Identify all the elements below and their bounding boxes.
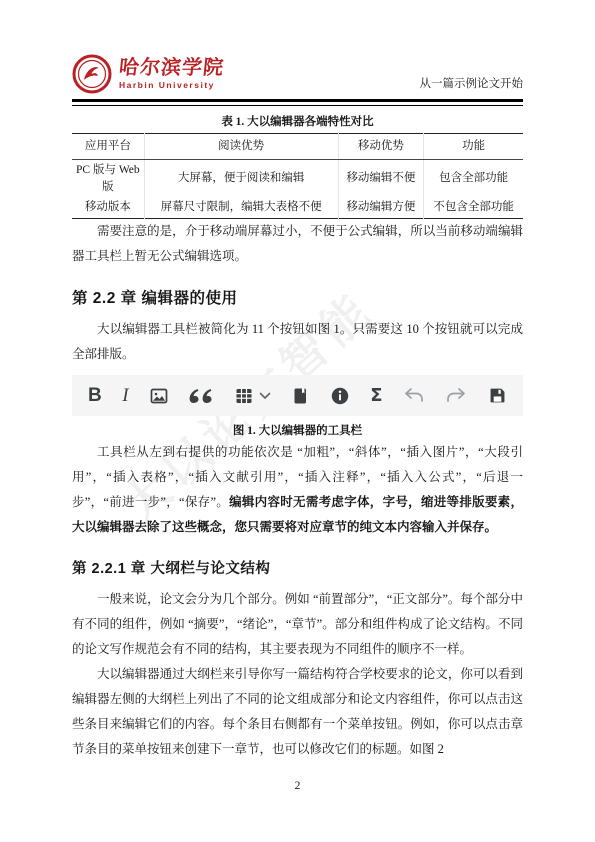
paragraph-sec22-intro: 大以编辑器工具栏被简化为 11 个按钮如图 1。只需要这 10 个按钮就可以完成… [72, 317, 523, 367]
undo-icon [403, 387, 425, 404]
table-cell: 移动编辑不便 [338, 160, 424, 198]
paragraph-toolbar-description: 工具栏从左到右提供的功能依次是 “加粗”，“斜体”，“插入图片”，“大段引用”，… [72, 440, 523, 540]
save-icon [488, 386, 507, 405]
figure1-caption: 图 1. 大以编辑器的工具栏 [72, 422, 523, 438]
page-header: 哈尔滨学院 Harbin University 从一篇示例论文开始 [72, 54, 523, 94]
bold-icon: B [88, 385, 102, 407]
italic-icon: I [122, 385, 128, 407]
section-2-2-1-heading: 第 2.2.1 章 大纲栏与论文结构 [72, 557, 523, 578]
paragraph-note: 需要注意的是，介于移动端屏幕过小，不便于公式编辑，所以当前移动端编辑器工具栏上暂… [72, 219, 523, 269]
insert-citation-icon [291, 386, 309, 406]
figure-editor-toolbar: B I [72, 375, 523, 416]
table-row: 移动版本 屏幕尺寸限制，编辑大表格不便 移动编辑方便 不包含全部功能 [72, 197, 523, 218]
table-cell: 移动版本 [72, 197, 144, 218]
table-cell: 移动编辑方便 [338, 197, 424, 218]
table-cell: 屏幕尺寸限制，编辑大表格不便 [144, 197, 338, 218]
insert-footnote-icon [330, 386, 350, 406]
insert-table-group [234, 386, 271, 406]
table-row: PC 版与 Web 版 大屏幕，便于阅读和编辑 移动编辑不便 包含全部功能 [72, 160, 523, 198]
university-seal-icon [72, 54, 112, 94]
col-header: 应用平台 [72, 134, 144, 160]
insert-image-icon [149, 386, 169, 406]
logo-text-en: Harbin University [119, 81, 224, 90]
document-page: 大以论文智能 哈尔滨学院 Harbin University 从一篇示例论文开始… [0, 0, 595, 842]
paragraph-structure-1: 一般来说，论文会分为几个部分。例如 “前置部分”，“正文部分”。每个部分中有不同… [72, 587, 523, 662]
table-cell: 不包含全部功能 [424, 197, 523, 218]
university-logo: 哈尔滨学院 Harbin University [72, 54, 224, 94]
blockquote-icon [189, 388, 213, 404]
insert-table-icon [234, 386, 254, 406]
col-header: 功能 [424, 134, 523, 160]
comparison-table: 应用平台 阅读优势 移动优势 功能 PC 版与 Web 版 大屏幕，便于阅读和编… [72, 133, 523, 219]
table-caption: 表 1. 大以编辑器各端特性对比 [72, 113, 523, 129]
col-header: 阅读优势 [144, 134, 338, 160]
table-header-row: 应用平台 阅读优势 移动优势 功能 [72, 134, 523, 160]
table-cell: 大屏幕，便于阅读和编辑 [144, 160, 338, 198]
redo-icon [445, 387, 467, 404]
running-head: 从一篇示例论文开始 [420, 75, 524, 94]
section-2-2-heading: 第 2.2 章 编辑器的使用 [72, 286, 523, 308]
logo-text-cn: 哈尔滨学院 [118, 58, 225, 78]
col-header: 移动优势 [338, 134, 424, 160]
insert-formula-icon: Σ [370, 385, 382, 406]
table-cell: PC 版与 Web 版 [72, 160, 144, 198]
paragraph-structure-2: 大以编辑器通过大纲栏来引导你写一篇结构符合学校要求的论文，你可以看到编辑器左侧的… [72, 662, 523, 762]
page-number: 2 [0, 780, 595, 792]
chevron-down-icon [259, 392, 271, 400]
table-cell: 包含全部功能 [424, 160, 523, 198]
header-rule [72, 99, 523, 106]
